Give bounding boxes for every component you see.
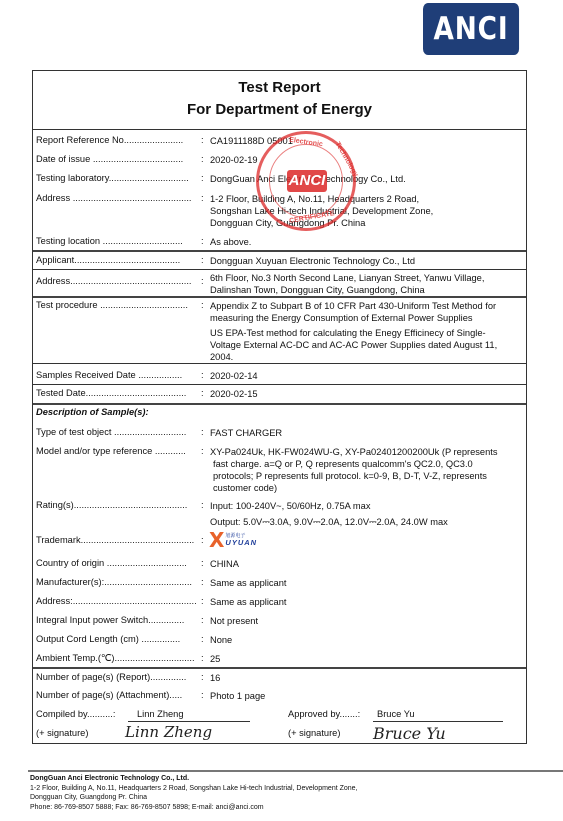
approved-label: Approved by.......: bbox=[288, 709, 360, 719]
value: Photo 1 page bbox=[210, 690, 522, 702]
compiled-signature-label: (+ signature) bbox=[36, 728, 88, 738]
label: Report Reference No.....................… bbox=[36, 135, 183, 145]
footer-contact: Phone: 86-769-8507 5888; Fax: 86-769-850… bbox=[30, 803, 358, 813]
label: Manufacturer(s):........................… bbox=[36, 577, 192, 587]
description-heading: Description of Sample(s): bbox=[36, 407, 149, 417]
address-line: 6th Floor, No.3 North Second Lane, Liany… bbox=[210, 272, 522, 284]
procedure-line: Appendix Z to Subpart B of 10 CFR Part 4… bbox=[210, 300, 522, 312]
label: Testing location .......................… bbox=[36, 236, 183, 246]
rating-line: Output: 5.0V⎓3.0A, 9.0V⎓2.0A, 12.0V⎓2.0A… bbox=[210, 516, 522, 528]
value: XY-Pa024Uk, HK-FW024WU-G, XY-Pa024012002… bbox=[210, 446, 522, 494]
address-line: Dalinshan Town, Dongguan City, Guangdong… bbox=[210, 284, 522, 296]
divider bbox=[33, 269, 526, 270]
certificate-stamp: Electronic Technology ANCI CERTIFICATE bbox=[256, 131, 356, 231]
trademark-logo: X 旭源电子 UYUAN bbox=[209, 531, 257, 549]
label: Applicant...............................… bbox=[36, 255, 180, 265]
procedure-line: measuring the Energy Consumption of Exte… bbox=[210, 312, 522, 324]
value: FAST CHARGER bbox=[210, 427, 522, 439]
approved-name: Bruce Yu bbox=[377, 709, 415, 719]
divider bbox=[33, 296, 526, 298]
divider bbox=[33, 403, 526, 405]
footer-divider bbox=[28, 770, 563, 772]
value: As above. bbox=[210, 236, 522, 248]
label: Trademark...............................… bbox=[36, 535, 194, 545]
label: Address.................................… bbox=[36, 276, 192, 286]
divider bbox=[33, 384, 526, 385]
label: Samples Received Date ................. bbox=[36, 370, 182, 380]
rating-line: Input: 100-240V~, 50/60Hz, 0.75A max bbox=[210, 500, 522, 512]
value: Same as applicant bbox=[210, 577, 522, 589]
value: Not present bbox=[210, 615, 522, 627]
footer-company: DongGuan Anci Electronic Technology Co.,… bbox=[30, 774, 358, 784]
procedure-line: Voltage External AC-DC and AC-AC Power S… bbox=[210, 339, 522, 351]
value: Appendix Z to Subpart B of 10 CFR Part 4… bbox=[210, 300, 522, 363]
value: 1-2 Floor, Building A, No.11, Headquarte… bbox=[210, 193, 522, 229]
approved-signature: Bruce Yu bbox=[373, 724, 446, 743]
compiled-underline bbox=[128, 721, 250, 722]
value: 16 bbox=[210, 672, 522, 684]
address-line: 1-2 Floor, Building A, No.11, Headquarte… bbox=[210, 193, 522, 205]
model-line: fast charge. a=Q or P, Q represents qual… bbox=[210, 458, 522, 470]
model-line: protocols; P represents full protocol. k… bbox=[210, 470, 522, 482]
value: 2020-02-15 bbox=[210, 388, 522, 400]
label: Address:................................… bbox=[36, 596, 197, 606]
value: Same as applicant bbox=[210, 596, 522, 608]
label: Rating(s)...............................… bbox=[36, 500, 187, 510]
label: Date of issue ..........................… bbox=[36, 154, 183, 164]
label: Ambient Temp.(℃)........................… bbox=[36, 653, 195, 664]
stamp-center: ANCI bbox=[287, 170, 327, 192]
procedure-line: 2004. bbox=[210, 351, 522, 363]
value: CHINA bbox=[210, 558, 522, 570]
divider bbox=[33, 667, 526, 669]
trademark-en: UYUAN bbox=[225, 539, 257, 547]
divider bbox=[33, 363, 526, 364]
compiled-label: Compiled by..........: bbox=[36, 709, 115, 719]
value: 2020-02-14 bbox=[210, 370, 522, 382]
title-box: Test Report For Department of Energy bbox=[33, 71, 526, 130]
label: Type of test object ....................… bbox=[36, 427, 186, 437]
footer-address: Dongguan City, Guangdong Pr. China bbox=[30, 793, 358, 803]
label: Tested Date.............................… bbox=[36, 388, 186, 398]
compiled-signature: Linn Zheng bbox=[125, 723, 212, 741]
value: Input: 100-240V~, 50/60Hz, 0.75A max Out… bbox=[210, 500, 522, 528]
model-line: customer code) bbox=[210, 482, 522, 494]
value: 25 bbox=[210, 653, 522, 665]
address-line: Dongguan City, Guangdong Pr. China bbox=[210, 217, 522, 229]
divider bbox=[33, 250, 526, 252]
label: Country of origin ......................… bbox=[36, 558, 187, 568]
approved-underline bbox=[373, 721, 503, 722]
label: Test procedure .........................… bbox=[36, 300, 188, 310]
report-title: Test Report bbox=[33, 79, 526, 96]
approved-signature-label: (+ signature) bbox=[288, 728, 340, 738]
report-subtitle: For Department of Energy bbox=[33, 101, 526, 118]
value: 2020-02-19 bbox=[210, 154, 522, 166]
label: Model and/or type reference ............ bbox=[36, 446, 186, 456]
label: Integral Input power Switch.............… bbox=[36, 615, 184, 625]
label: Output Cord Length (cm) ............... bbox=[36, 634, 180, 644]
anci-logo: ANCI bbox=[423, 3, 519, 55]
value: CA1911188D 05001 bbox=[210, 135, 522, 147]
value: 6th Floor, No.3 North Second Lane, Liany… bbox=[210, 272, 522, 296]
address-line: Songshan Lake Hi-tech Industrial, Develo… bbox=[210, 205, 522, 217]
label: Address ................................… bbox=[36, 193, 192, 203]
logo-text: ANCI bbox=[434, 11, 509, 47]
label: Testing laboratory......................… bbox=[36, 173, 189, 183]
compiled-name: Linn Zheng bbox=[137, 709, 184, 719]
value: None bbox=[210, 634, 522, 646]
footer: DongGuan Anci Electronic Technology Co.,… bbox=[30, 774, 358, 812]
value: Dongguan Xuyuan Electronic Technology Co… bbox=[210, 255, 522, 267]
procedure-line: US EPA-Test method for calculating the E… bbox=[210, 327, 522, 339]
xuyuan-x-mark: X bbox=[209, 531, 224, 549]
label: Number of page(s) (Attachment)..... bbox=[36, 690, 182, 700]
footer-address: 1-2 Floor, Building A, No.11, Headquarte… bbox=[30, 784, 358, 794]
label: Number of page(s) (Report).............. bbox=[36, 672, 186, 682]
model-line: XY-Pa024Uk, HK-FW024WU-G, XY-Pa024012002… bbox=[210, 446, 522, 458]
